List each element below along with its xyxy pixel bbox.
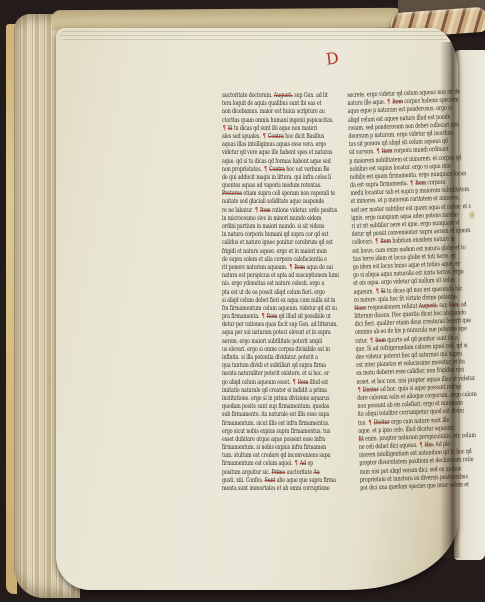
text-line: infinita. si illa potentia dividatur. po…	[222, 353, 346, 361]
text-line: non proprietates. ¶ Contra hoc est verbu…	[222, 165, 346, 173]
text-line: qua tantum dividi et subtiliari qd supra…	[222, 361, 346, 369]
text-line: imitatio naturale qd creator ei indidit …	[222, 386, 346, 394]
text-line: fra firmamentum celum aqueum. videtur qd…	[222, 304, 346, 312]
book-photo: D auctoritate doctorum. Augusti. sup Gen…	[0, 0, 485, 602]
text-line: non dicebamus. maior est huius scripture…	[222, 107, 346, 115]
text-line: natura est perspicua et apta ad suscepti…	[222, 271, 346, 279]
text-line: quedam posite sunt sup firmamentum. qued…	[222, 402, 346, 410]
text-line: firmamentum. si nobis expius infra firma…	[222, 443, 346, 451]
text-line: institutione. ergo si in prima divisione…	[222, 394, 346, 402]
text-line: rit ponere naturam aqueam. ¶ Item aqua d…	[222, 263, 346, 271]
text-line: ales sed spuales. ¶ Contra hoc dicit Bas…	[222, 132, 346, 140]
text-line: sub firmamento. ita naturale est illis e…	[222, 410, 346, 418]
text-line: in natura corporis humani qd supra cor q…	[222, 230, 346, 238]
text-line: videtur qd vere aque ille habent spes et…	[222, 148, 346, 156]
text-line: tum. stultum est credere qd inconveniens…	[222, 451, 346, 459]
text-line: firmamentum est celum aquei. ¶ Ad op	[222, 459, 346, 467]
text-line: auctoritate doctorum. Augusti. sup Gen. …	[222, 91, 346, 99]
text-line: gusti. xiii. Confes. Sunt alie aque que …	[222, 476, 346, 484]
text-line: quentes aquas ad vaporis modum retentas.	[222, 181, 346, 189]
text-line: ctoritas quam omnis humani ingenii pspic…	[222, 116, 346, 124]
text-line: do supra solem et alia corpora calefacie…	[222, 255, 346, 263]
text-line: menta naturaliter poterit existere. et s…	[222, 369, 346, 377]
text-line: ¶ Si tu dicas qd sunt ibi aque non mater…	[222, 124, 346, 132]
red-guide-letter: D	[325, 50, 340, 67]
text-line: aqua per sui naturam potest elevari et i…	[222, 328, 346, 336]
text-line: si aliqd celum debet fieri ex aqua cum n…	[222, 296, 346, 304]
text-line: aerem. ergo maiori subtilitate poterit a…	[222, 337, 346, 345]
text-line: detur per rationes quas facit sup Gen. a…	[222, 320, 346, 328]
text-line: menta sunt immortales et ab omni corrupt…	[222, 484, 346, 492]
text-line: go aliqd celum aqueum esset. ¶ Item illu…	[222, 378, 346, 386]
top-page-edges-band	[52, 8, 404, 30]
text-line: firmamentum. sicut illis est infra firma…	[222, 419, 346, 427]
text-line: nis. ergo ydoneitas est nature celesti. …	[222, 279, 346, 287]
text-line: pta est ut de ea possit aliqd celum fier…	[222, 288, 346, 296]
text-line: ordini partium in maiori mundo. si sit v…	[222, 222, 346, 230]
text-line: re ne labatur. ¶ Item ratione videtur. o…	[222, 206, 346, 214]
text-column-right: secrete. ergo videtur qd celum aqueus no…	[347, 87, 480, 495]
text-line: in microcosmo sive in minori mundo eidem	[222, 214, 346, 222]
text-line: aquas illas intelligimus aquas esse vera…	[222, 140, 346, 148]
text-line: frigidi et nature aquee. ergo et in maio…	[222, 247, 346, 255]
text-line: nuitate sed glaciali soliditate aque sus…	[222, 197, 346, 205]
text-line: pra firmamenta. ¶ Item qd illud sit poss…	[222, 312, 346, 320]
text-line: de qui adducit magis in littera. qui inf…	[222, 173, 346, 181]
text-line: Preterea etiam supra celi speram non vap…	[222, 189, 346, 197]
page-top-edge-lines	[60, 31, 450, 40]
text-column-left: auctoritate doctorum. Augusti. sup Gen. …	[222, 91, 346, 495]
text-line: esset dubitare utque aque possent esse i…	[222, 435, 346, 443]
text-line: ergo sicut nobis expius supra firmamentu…	[222, 427, 346, 435]
text-line: calidus et nature ignee ponitur cerebrum…	[222, 238, 346, 246]
text-line: tera loquit de aquis qualibus sunt ibi e…	[222, 99, 346, 107]
text-line: us elevari. ergo si omne corpus divisibi…	[222, 345, 346, 353]
text-line: positum arguitur sic. Primo auctoritate …	[222, 468, 346, 476]
text-line: aque. qd si tu dicas qd formas habent aq…	[222, 157, 346, 165]
